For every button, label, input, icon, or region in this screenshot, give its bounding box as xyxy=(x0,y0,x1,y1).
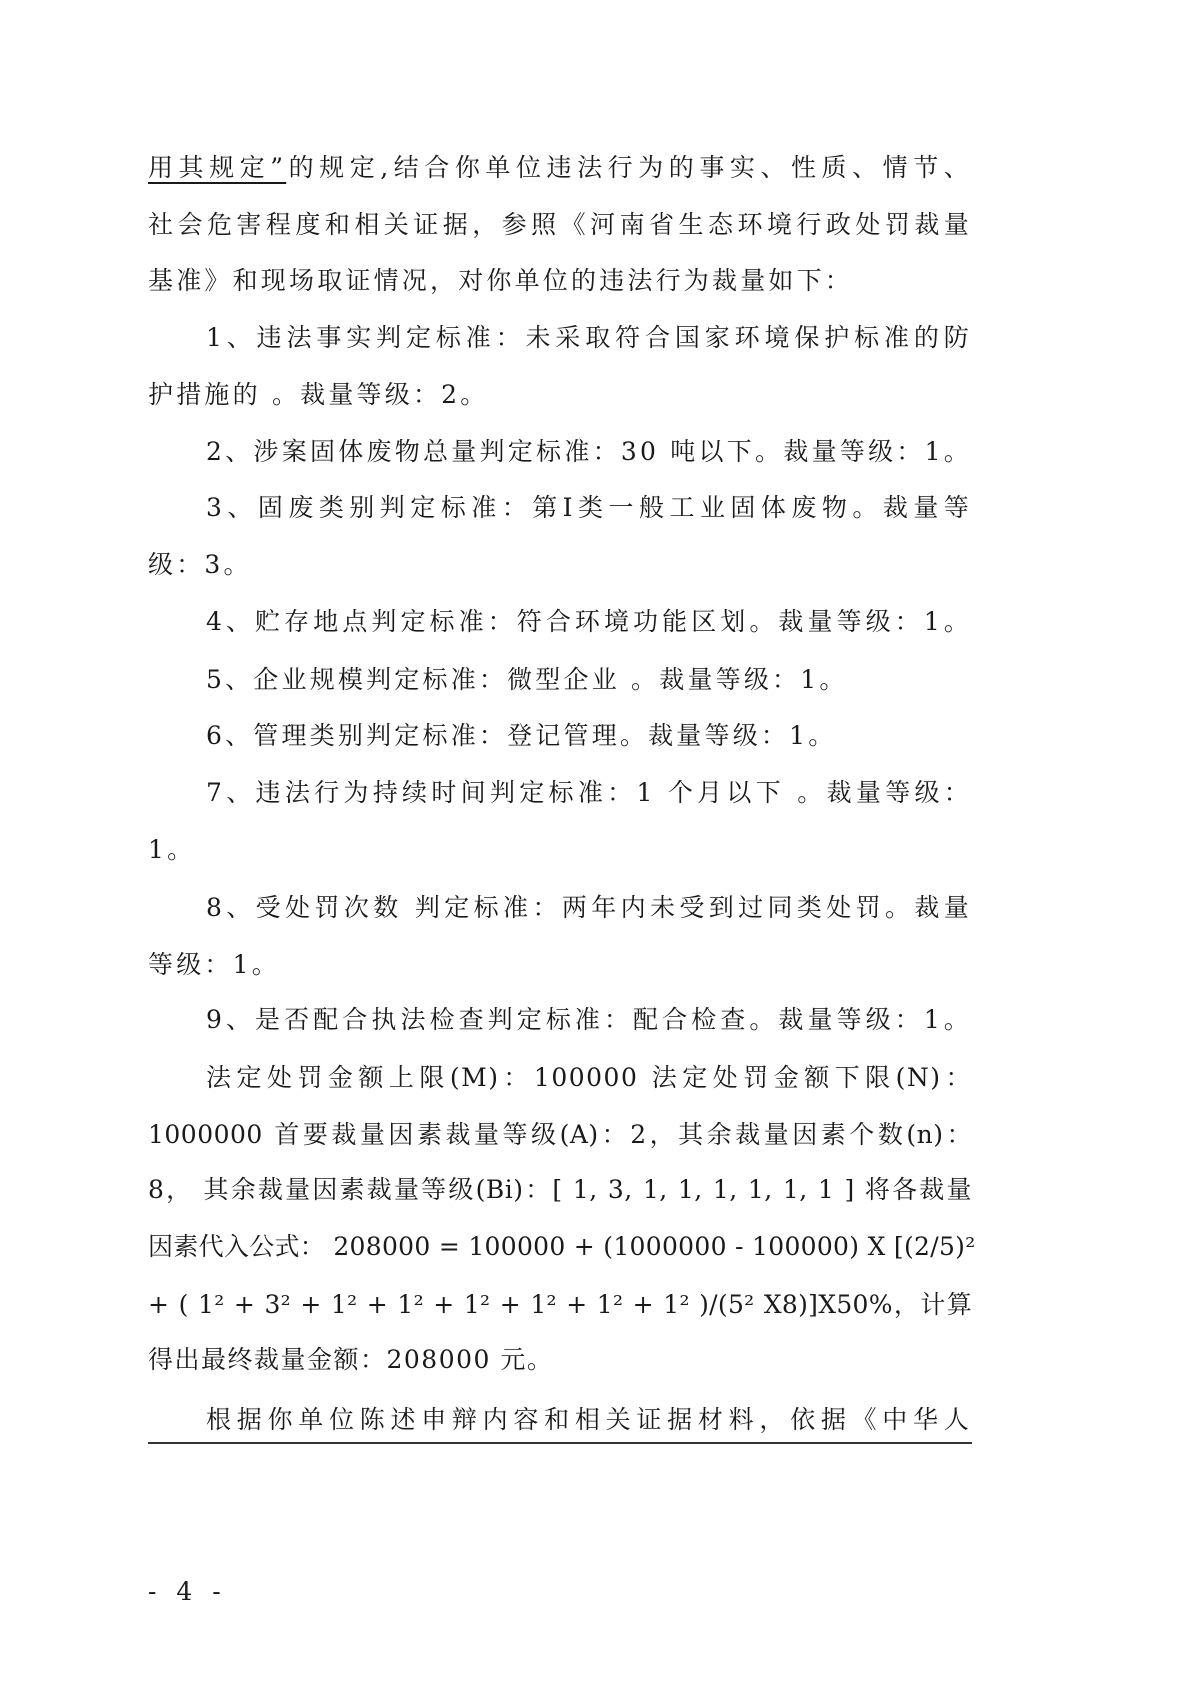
calculation-line: 8， 其余裁量因素裁量等级(Bi)：[ 1, 3, 1, 1, 1, 1, 1,… xyxy=(148,1170,972,1210)
factor-1-line-cont: 护措施的 。裁量等级：2。 xyxy=(148,375,972,415)
document-page: 用其规定”的规定,结合你单位违法行为的事实、性质、情节、 社会危害程度和相关证据… xyxy=(0,0,1190,1684)
factor-5-line: 5、企业规模判定标准：微型企业 。裁量等级：1。 xyxy=(206,660,972,700)
paragraph-line: 根据你单位陈述申辩内容和相关证据材料，依据《中华人 xyxy=(148,1398,972,1438)
factor-1-line: 1、违法事实判定标准：未采取符合国家环境保护标准的防 xyxy=(206,318,972,358)
paragraph-line: 社会危害程度和相关证据，参照《河南省生态环境行政处罚裁量 xyxy=(148,205,972,245)
final-amount-line: 得出最终裁量金额：208000 元。 xyxy=(148,1340,972,1380)
factor-4-line: 4、贮存地点判定标准：符合环境功能区划。裁量等级：1。 xyxy=(206,602,972,642)
factor-9-line: 9、是否配合执法检查判定标准：配合检查。裁量等级：1。 xyxy=(206,1000,972,1040)
paragraph-line: 用其规定”的规定,结合你单位违法行为的事实、性质、情节、 xyxy=(148,148,972,188)
factor-3-line-cont: 级：3。 xyxy=(148,545,972,585)
underlined-text: 根据你单位陈述申辩内容和相关证据材料，依据《中华人 xyxy=(148,1398,972,1444)
formula-line: + ( 1² + 3² + 1² + 1² + 1² + 1² + 1² + 1… xyxy=(148,1285,972,1325)
factor-7-line-cont: 1。 xyxy=(148,830,972,870)
penalty-limits-line: 法定处罚金额上限(M)：100000 法定处罚金额下限(N)： xyxy=(206,1058,972,1098)
calculation-line: 1000000 首要裁量因素裁量等级(A)：2，其余裁量因素个数(n)： xyxy=(148,1115,972,1155)
factor-3-line: 3、固废类别判定标准：第Ⅰ类一般工业固体废物。裁量等 xyxy=(206,488,972,528)
paragraph-line: 基准》和现场取证情况，对你单位的违法行为裁量如下： xyxy=(148,261,972,301)
factor-2-line: 2、涉案固体废物总量判定标准：30 吨以下。裁量等级：1。 xyxy=(206,432,972,472)
factor-8-line: 8、受处罚次数 判定标准：两年内未受到过同类处罚。裁量 xyxy=(206,888,972,928)
factor-8-line-cont: 等级：1。 xyxy=(148,945,972,985)
factor-6-line: 6、管理类别判定标准：登记管理。裁量等级：1。 xyxy=(206,716,972,756)
page-number: - 4 - xyxy=(148,1572,227,1612)
formula-line: 因素代入公式： 208000 = 100000 + (1000000 - 100… xyxy=(148,1227,972,1267)
underlined-text: 用其规定” xyxy=(148,153,286,182)
factor-7-line: 7、违法行为持续时间判定标准：1 个月以下 。裁量等级： xyxy=(206,773,972,813)
